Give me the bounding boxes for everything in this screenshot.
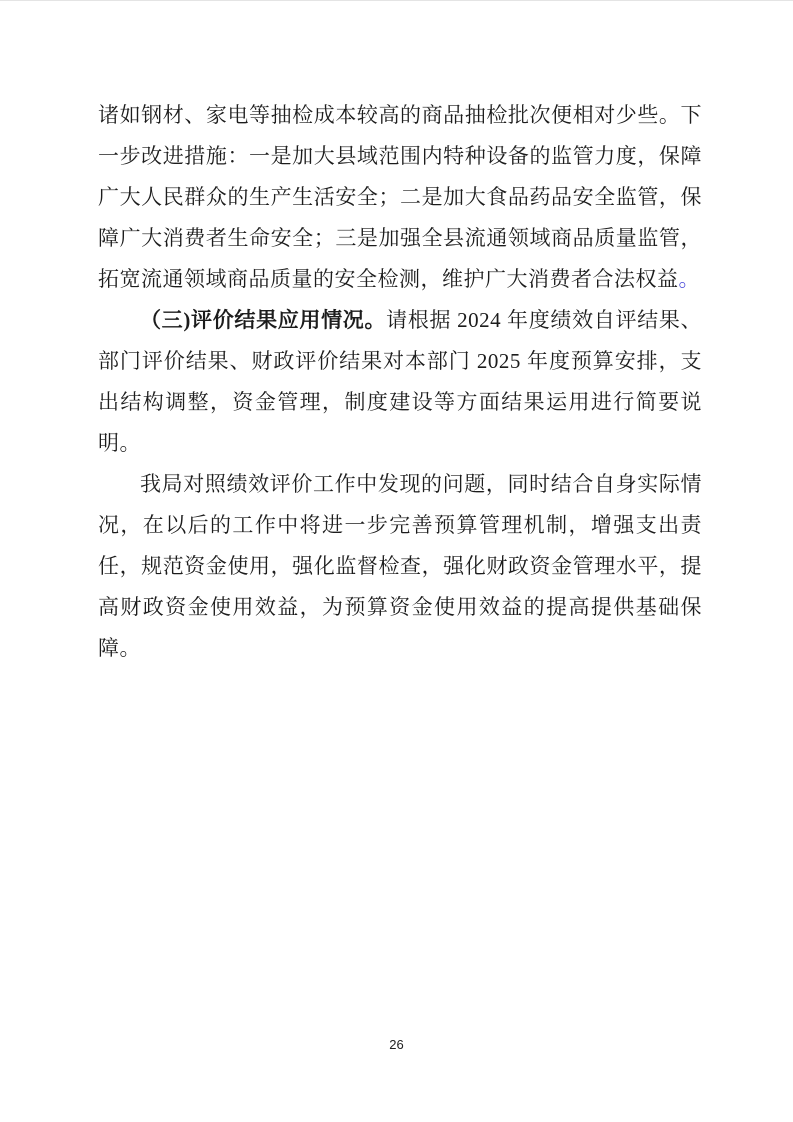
text-run: 诸如钢材、家电等抽检成本较高的商品抽检批次便相对少些。下一步改进措施：一是加大县…: [98, 103, 702, 291]
text-run: 我局对照绩效评价工作中发现的问题，同时结合自身实际情况，在以后的工作中将进一步完…: [98, 472, 702, 660]
document-page: 诸如钢材、家电等抽检成本较高的商品抽检批次便相对少些。下一步改进措施：一是加大县…: [0, 0, 793, 1122]
paragraph: （三)评价结果应用情况。请根据 2024 年度绩效自评结果、部门评价结果、财政评…: [98, 300, 702, 464]
paragraph: 我局对照绩效评价工作中发现的问题，同时结合自身实际情况，在以后的工作中将进一步完…: [98, 464, 702, 669]
colored-punctuation-run: 。: [679, 267, 701, 291]
heading-run: （三)评价结果应用情况。: [140, 308, 386, 332]
paragraph: 诸如钢材、家电等抽检成本较高的商品抽检批次便相对少些。下一步改进措施：一是加大县…: [98, 95, 702, 300]
page-number: 26: [0, 1037, 793, 1052]
document-body: 诸如钢材、家电等抽检成本较高的商品抽检批次便相对少些。下一步改进措施：一是加大县…: [98, 95, 702, 669]
